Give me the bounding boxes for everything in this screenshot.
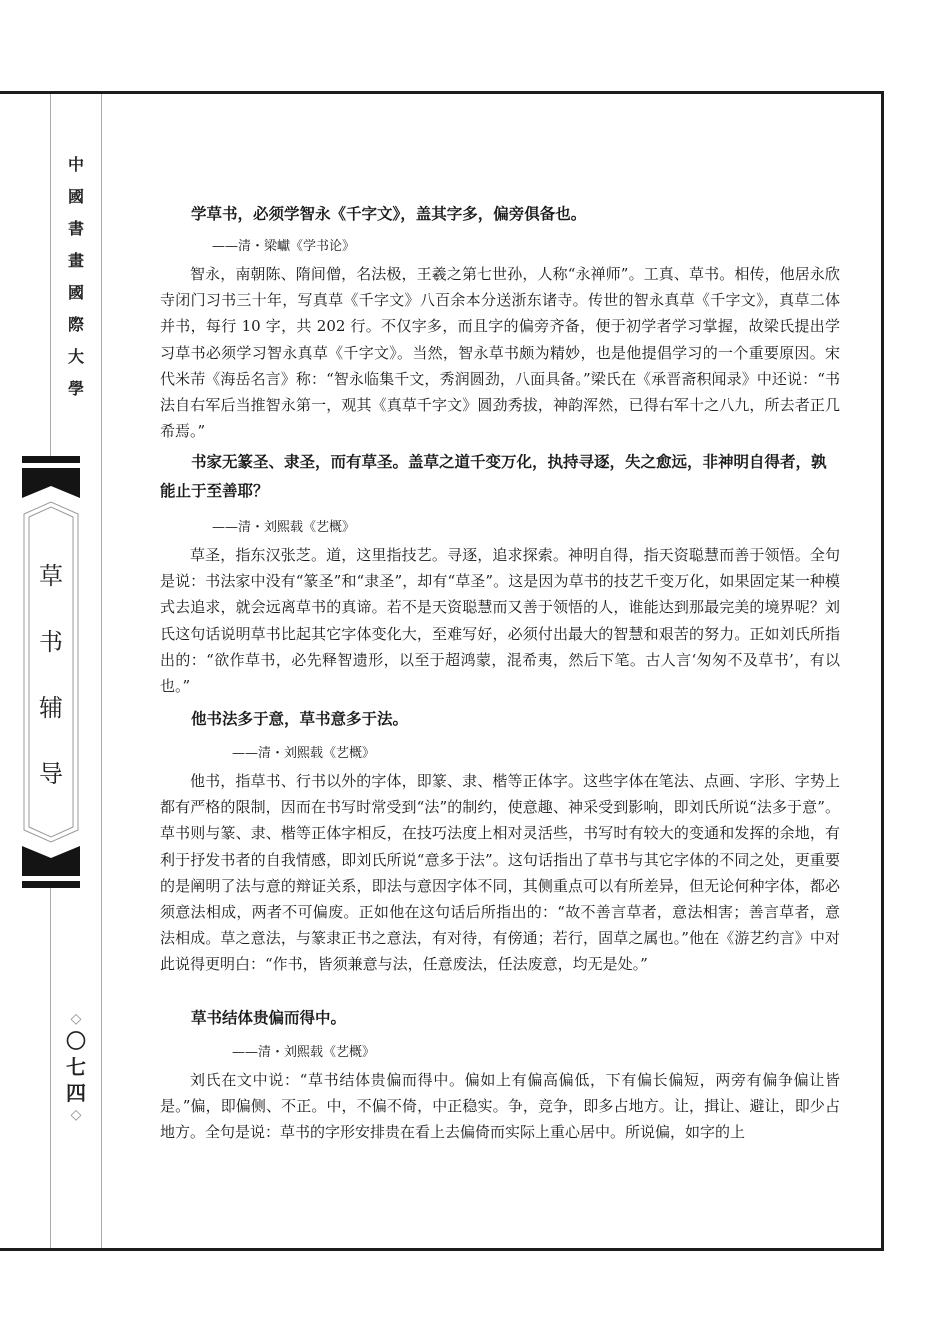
page-number: ◇ 〇 七 四 ◇ xyxy=(60,1010,92,1124)
spine-title-char: 中 xyxy=(68,152,84,178)
entry-citation: ——清・刘熙载《艺概》 xyxy=(160,518,840,538)
spine-publisher-title: 中 國 書 畫 國 際 大 學 xyxy=(52,152,100,402)
entry-section: 草书结体贵偏而得中。 ——清・刘熙载《艺概》 刘氏在文中说：“草书结体贵偏而得中… xyxy=(160,1004,840,1146)
entry-commentary: 智永，南朝陈、隋间僧，名法极，王羲之第七世孙，人称“永禅师”。工真、草书。相传，… xyxy=(160,261,840,444)
entry-quote: 书家无篆圣、隶圣，而有草圣。盖草之道千变万化，执持寻逐，失之愈远，非神明自得者，… xyxy=(160,448,840,506)
chapter-label-char: 书 xyxy=(39,622,63,657)
entry-section: 书家无篆圣、隶圣，而有草圣。盖草之道千变万化，执持寻逐，失之愈远，非神明自得者，… xyxy=(160,448,840,699)
entry-quote: 草书结体贵偏而得中。 xyxy=(160,1004,840,1033)
spine-title-char: 書 xyxy=(68,216,84,242)
chapter-label-text: 草 书 辅 导 xyxy=(22,500,80,844)
spine-title-char: 學 xyxy=(68,376,84,402)
entry-citation: ——清・梁巘《学书论》 xyxy=(160,237,840,257)
entry-citation: ——清・刘熙载《艺概》 xyxy=(160,744,840,764)
diamond-ornament-icon: ◇ xyxy=(71,1010,82,1028)
spine-title-char: 國 xyxy=(68,184,84,210)
entry-commentary: 草圣，指东汉张芝。道，这里指技艺。寻逐，追求探索。神明自得，指天资聪慧而善于领悟… xyxy=(160,542,840,699)
page-frame-right-border xyxy=(881,91,884,1251)
page-frame-bottom-border xyxy=(0,1248,884,1251)
chevron-up-ornament-icon xyxy=(22,468,80,498)
chapter-label-char: 辅 xyxy=(39,688,63,723)
spine-title-char: 國 xyxy=(68,280,84,306)
page-number-digit: 七 xyxy=(66,1054,86,1080)
entry-quote: 学草书，必须学智永《千字文》，盖其字多，偏旁俱备也。 xyxy=(160,200,840,229)
chevron-down-ornament-icon xyxy=(22,846,80,876)
chapter-label-block: 草 书 辅 导 xyxy=(22,456,80,888)
chapter-label-char: 草 xyxy=(39,556,63,591)
page-number-digit: 〇 xyxy=(66,1028,86,1054)
entry-commentary: 刘氏在文中说：“草书结体贵偏而得中。偏如上有偏高偏低，下有偏长偏短，两旁有偏争偏… xyxy=(160,1067,840,1146)
spine-title-char: 畫 xyxy=(68,248,84,274)
entry-section: 他书法多于意，草书意多于法。 ——清・刘熙载《艺概》 他书，指草书、行书以外的字… xyxy=(160,705,840,978)
spine-divider-inner xyxy=(101,94,102,1248)
spine-title-char: 際 xyxy=(68,312,84,338)
entry-quote: 他书法多于意，草书意多于法。 xyxy=(160,705,840,734)
entry-commentary: 他书，指草书、行书以外的字体，即篆、隶、楷等正体字。这些字体在笔法、点画、字形、… xyxy=(160,768,840,978)
diamond-ornament-icon: ◇ xyxy=(71,1106,82,1124)
label-top-bar xyxy=(22,456,80,463)
label-bottom-bar xyxy=(22,881,80,888)
spine-title-char: 大 xyxy=(68,344,84,370)
entry-section: 学草书，必须学智永《千字文》，盖其字多，偏旁俱备也。 ——清・梁巘《学书论》 智… xyxy=(160,200,840,444)
entry-citation: ——清・刘熙载《艺概》 xyxy=(160,1043,840,1063)
page-number-digit: 四 xyxy=(66,1080,86,1106)
chapter-label-char: 导 xyxy=(39,754,63,789)
page-frame-top-border xyxy=(0,91,884,94)
